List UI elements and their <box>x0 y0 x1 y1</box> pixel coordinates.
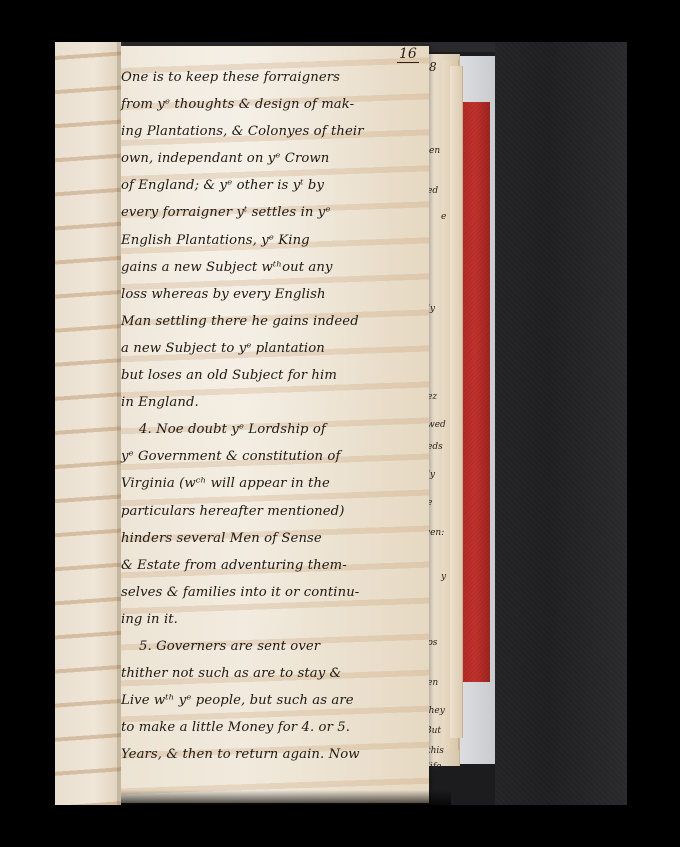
red-cloth-spine <box>460 102 490 682</box>
margin-fragment: e <box>441 212 446 222</box>
text-line: thither not such as are to stay & <box>121 660 421 687</box>
text-line: in England. <box>121 389 421 416</box>
text-line: English Plantations, yᵉ King <box>121 227 421 254</box>
text-line: gains a new Subject wᵗʰout any <box>121 254 421 281</box>
manuscript-page: 16 One is to keep these forraigners from… <box>121 46 429 803</box>
text-line-paragraph-4: 4. Noe doubt yᵉ Lordship of <box>121 416 421 443</box>
text-line: One is to keep these forraigners <box>121 64 421 91</box>
margin-fragment: life <box>427 762 441 772</box>
margin-fragment: 8 <box>429 60 437 74</box>
text-line: hinders several Men of Sense <box>121 525 421 552</box>
dark-cloth-background <box>495 42 627 805</box>
text-line: Virginia (wᶜʰ will appear in the <box>121 470 421 497</box>
bottom-shadow <box>121 790 451 805</box>
text-line: own, independant on yᵉ Crown <box>121 145 421 172</box>
text-line: but loses an old Subject for him <box>121 362 421 389</box>
text-line: Years, & then to return again. Now <box>121 741 421 768</box>
margin-fragment: eds <box>427 442 443 452</box>
text-line: ing Plantations, & Colonyes of their <box>121 118 421 145</box>
margin-fragment: wed <box>427 420 446 430</box>
text-line: every forraigner yᵗ settles in yᵉ <box>121 199 421 226</box>
text-line: ing in it. <box>121 606 421 633</box>
margin-fragment: en <box>429 146 440 156</box>
text-line: to make a little Money for 4. or 5. <box>121 714 421 741</box>
margin-fragment: this <box>427 746 444 756</box>
margin-fragment: y <box>441 572 446 582</box>
manuscript-photograph: 8 en ed e ly ez wed eds ly e ven: y ps e… <box>55 42 627 805</box>
text-line: & Estate from adventuring them- <box>121 552 421 579</box>
facing-page-bleedthrough <box>55 42 121 805</box>
page-fragment-strip <box>450 66 463 738</box>
text-line: from yᵉ thoughts & design of mak- <box>121 91 421 118</box>
text-line: loss whereas by every English <box>121 281 421 308</box>
text-line: selves & families into it or continu- <box>121 579 421 606</box>
text-line: Live wᵗʰ yᵉ people, but such as are <box>121 687 421 714</box>
text-line-paragraph-5: 5. Governers are sent over <box>121 633 421 660</box>
text-line: of England; & yᵉ other is yᵗ by <box>121 172 421 199</box>
text-line: particulars hereafter mentioned) <box>121 498 421 525</box>
page-number: 16 <box>397 46 419 63</box>
text-line: a new Subject to yᵉ plantation <box>121 335 421 362</box>
text-line: Man settling there he gains indeed <box>121 308 421 335</box>
text-line: yᵉ Government & constitution of <box>121 443 421 470</box>
handwritten-text: One is to keep these forraigners from yᵉ… <box>121 64 421 768</box>
